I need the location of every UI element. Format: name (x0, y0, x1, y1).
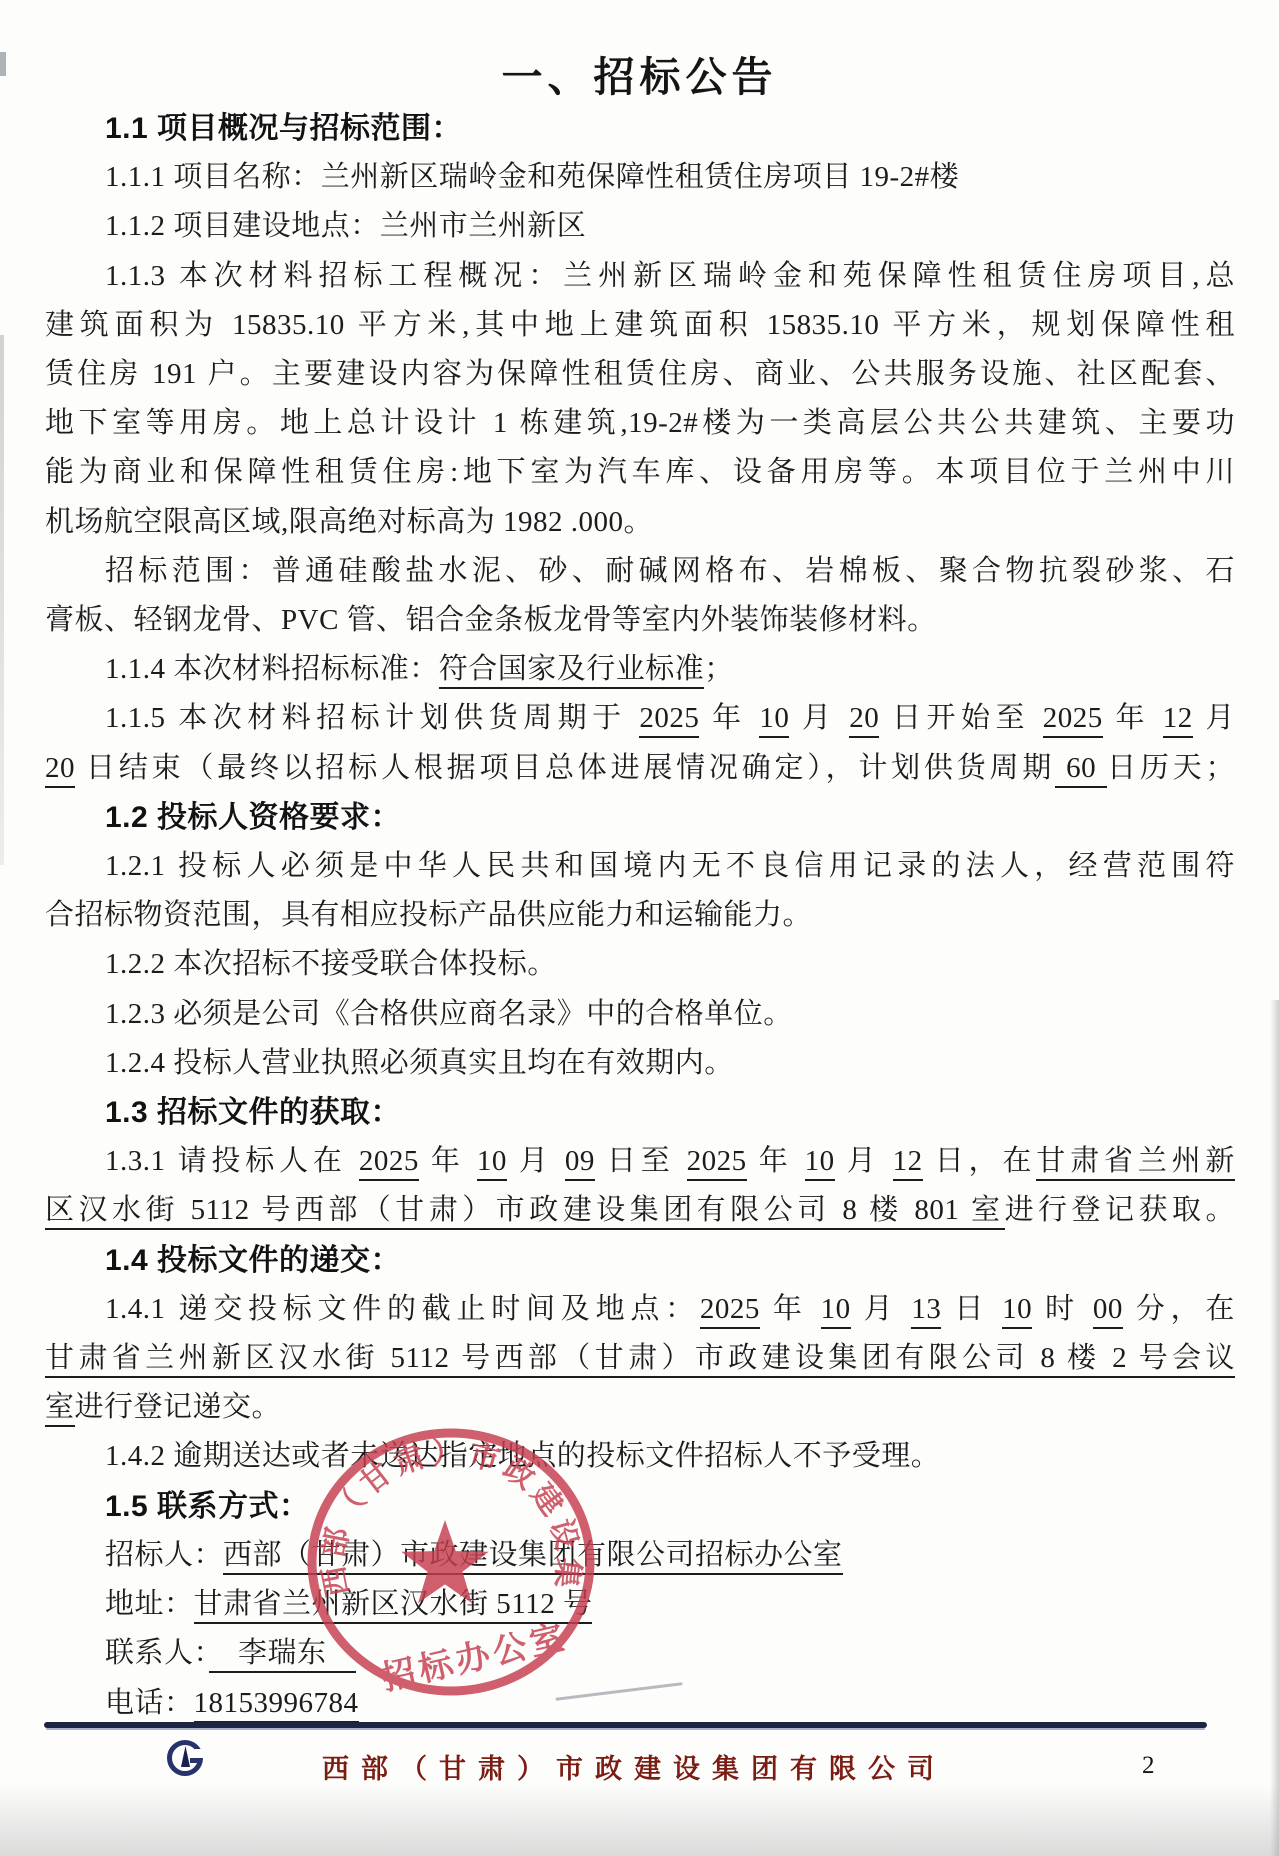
text-line: 1.1.1 项目名称：兰州新区瑞岭金和苑保障性租赁住房项目 19-2#楼 (45, 153, 1235, 202)
underlined-text: 甘肃省兰州新区汉水街 5112 号 (194, 1588, 593, 1624)
text-segment: 1.1.4 本次材料招标标准： (105, 653, 439, 685)
text-segment: 赁住房 191 户。主要建设内容为保障性租赁住房、商业、公共服务设施、社区配套、 (45, 358, 1235, 390)
underlined-text: 12 (893, 1145, 923, 1181)
text-segment: 地下室等用房。地上总计设计 1 栋建筑,19-2#楼为一类高层公共公共建筑、主要… (45, 407, 1235, 439)
text-segment: 1.5 联系方式： (105, 1490, 310, 1523)
text-line: 1.2.3 必须是公司《合格供应商名录》中的合格单位。 (45, 990, 1235, 1039)
underlined-text: 10 (805, 1145, 835, 1181)
text-segment: 日至 (595, 1145, 687, 1177)
text-segment: 1.2.1 投标人必须是中华人民共和国境内无不良信用记录的法人，经营范围符 (105, 850, 1235, 882)
text-segment: 月 (851, 1293, 912, 1325)
text-line: 膏板、轻钢龙骨、PVC 管、铝合金条板龙骨等室内外装饰装修材料。 (45, 596, 1235, 645)
text-line: 1.3.1 请投标人在 2025 年 10 月 09 日至 2025 年 10 … (45, 1137, 1235, 1186)
underlined-text: 2025 (639, 702, 699, 738)
scan-right-shadow (1270, 1000, 1279, 1856)
text-segment: 年 (419, 1145, 477, 1177)
text-segment: 日开始至 (879, 702, 1042, 734)
text-line: 1.3 招标文件的获取： (45, 1088, 1235, 1137)
text-segment: 1.3.1 请投标人在 (105, 1145, 359, 1177)
logo-tower-shape (181, 1746, 190, 1767)
page-number: 2 (1142, 1752, 1155, 1780)
underlined-text: 10 (821, 1293, 851, 1329)
text-line: 能为商业和保障性租赁住房:地下室为汽车库、设备用房等。本项目位于兰州中川 (45, 448, 1235, 497)
underlined-text: 甘肃省兰州新 (1036, 1145, 1235, 1181)
scanned-document-page: 一、招标公告 1.1 项目概况与招标范围：1.1.1 项目名称：兰州新区瑞岭金和… (0, 0, 1279, 1856)
underlined-text: 13 (911, 1293, 941, 1329)
text-segment: 月 (789, 702, 849, 734)
text-line: 建筑面积为 15835.10 平方米,其中地上建筑面积 15835.10 平方米… (45, 301, 1235, 350)
underlined-text: 区汉水街 5112 号西部（甘肃）市政建设集团有限公司 8 楼 801 室 (45, 1194, 1005, 1230)
text-segment: 日，在 (923, 1145, 1037, 1177)
text-segment: 1.1.2 项目建设地点：兰州市兰州新区 (105, 210, 586, 242)
text-segment: 地址： (105, 1588, 194, 1620)
text-line: 合招标物资范围，具有相应投标产品供应能力和运输能力。 (45, 891, 1235, 940)
underlined-text: 2025 (1043, 702, 1103, 738)
logo-ring-gap (195, 1749, 204, 1758)
underlined-text: 09 (565, 1145, 595, 1181)
text-segment: 建筑面积为 15835.10 平方米,其中地上建筑面积 15835.10 平方米… (45, 309, 1235, 341)
text-line: 1.1.2 项目建设地点：兰州市兰州新区 (45, 202, 1235, 251)
text-line: 电话：18153996784 (45, 1679, 1235, 1728)
text-line: 机场航空限高区域,限高绝对标高为 1982 .000。 (45, 498, 1235, 547)
text-segment: 1.2.3 必须是公司《合格供应商名录》中的合格单位。 (105, 998, 793, 1030)
underlined-text: 20 (849, 702, 879, 738)
text-line: 1.2.2 本次招标不接受联合体投标。 (45, 940, 1235, 989)
text-segment: 1.1.5 本次材料招标计划供货周期于 (105, 702, 639, 734)
text-segment: 合招标物资范围，具有相应投标产品供应能力和运输能力。 (45, 899, 812, 931)
text-segment: 1.1.3 本次材料招标工程概况：兰州新区瑞岭金和苑保障性租赁住房项目,总 (105, 260, 1235, 292)
underlined-text: 甘肃省兰州新区汉水街 5112 号西部（甘肃）市政建设集团有限公司 8 楼 2 … (45, 1342, 1235, 1378)
underlined-text: 10 (759, 702, 789, 738)
text-segment: 月 (1193, 702, 1235, 734)
text-line: 甘肃省兰州新区汉水街 5112 号西部（甘肃）市政建设集团有限公司 8 楼 2 … (45, 1334, 1235, 1383)
text-segment: 1.1 项目概况与招标范围： (105, 112, 462, 145)
text-line: 赁住房 191 户。主要建设内容为保障性租赁住房、商业、公共服务设施、社区配套、 (45, 350, 1235, 399)
underlined-text: 室 (45, 1391, 75, 1427)
logo-bar-shape (190, 1758, 200, 1763)
text-segment: 1.4 投标文件的递交： (105, 1244, 401, 1277)
text-line: 1.2.4 投标人营业执照必须真实且均在有效期内。 (45, 1039, 1235, 1088)
text-line: 20 日结束（最终以招标人根据项目总体进展情况确定），计划供货周期 60 日历天… (45, 744, 1235, 793)
text-segment: 月 (835, 1145, 893, 1177)
text-line: 招标人：西部（甘肃）市政建设集团有限公司招标办公室 (45, 1531, 1235, 1580)
text-line: 区汉水街 5112 号西部（甘肃）市政建设集团有限公司 8 楼 801 室进行登… (45, 1186, 1235, 1235)
text-line: 1.5 联系方式： (45, 1482, 1235, 1531)
footer-company-name: 西部（甘肃）市政建设集团有限公司 (322, 1747, 946, 1786)
text-segment: 膏板、轻钢龙骨、PVC 管、铝合金条板龙骨等室内外装饰装修材料。 (45, 604, 937, 636)
underlined-text: 10 (477, 1145, 507, 1181)
page-title: 一、招标公告 (0, 44, 1279, 103)
underlined-text: 西部（甘肃）市政建设集团有限公司招标办公室 (223, 1539, 843, 1575)
text-segment: 能为商业和保障性租赁住房:地下室为汽车库、设备用房等。本项目位于兰州中川 (45, 456, 1235, 488)
text-segment: 年 (1103, 702, 1163, 734)
text-line: 招标范围：普通硅酸盐水泥、砂、耐碱网格布、岩棉板、聚合物抗裂砂浆、石 (45, 547, 1235, 596)
text-segment: 日历天； (1107, 752, 1235, 784)
text-segment: 1.4.2 逾期送达或者未送达指定地点的投标文件招标人不予受理。 (105, 1440, 940, 1472)
text-segment: 1.3 招标文件的获取： (105, 1096, 401, 1129)
text-line: 1.4.2 逾期送达或者未送达指定地点的投标文件招标人不予受理。 (45, 1432, 1235, 1481)
text-segment: 月 (507, 1145, 565, 1177)
text-line: 室进行登记递交。 (45, 1383, 1235, 1432)
scan-edge-sliver (0, 335, 4, 865)
text-segment: 1.2.4 投标人营业执照必须真实且均在有效期内。 (105, 1047, 734, 1079)
text-segment: 时 (1032, 1293, 1093, 1325)
text-segment: 1.2.2 本次招标不接受联合体投标。 (105, 948, 557, 980)
text-segment: ； (704, 653, 734, 685)
text-line: 1.1.3 本次材料招标工程概况：兰州新区瑞岭金和苑保障性租赁住房项目,总 (45, 252, 1235, 301)
text-segment: 机场航空限高区域,限高绝对标高为 1982 .000。 (45, 506, 653, 538)
text-line: 地址：甘肃省兰州新区汉水街 5112 号 (45, 1580, 1235, 1629)
text-line: 1.1.5 本次材料招标计划供货周期于 2025 年 10 月 20 日开始至 … (45, 694, 1235, 743)
text-line: 1.1 项目概况与招标范围： (45, 104, 1235, 153)
underlined-text: 18153996784 (194, 1687, 359, 1723)
underlined-text: 2025 (359, 1145, 419, 1181)
text-segment: 分，在 (1123, 1293, 1235, 1325)
text-segment: 招标范围：普通硅酸盐水泥、砂、耐碱网格布、岩棉板、聚合物抗裂砂浆、石 (105, 555, 1235, 587)
text-line: 地下室等用房。地上总计设计 1 栋建筑,19-2#楼为一类高层公共公共建筑、主要… (45, 399, 1235, 448)
text-segment: 1.4.1 递交投标文件的截止时间及地点： (105, 1293, 700, 1325)
text-segment: 1.1.1 项目名称：兰州新区瑞岭金和苑保障性租赁住房项目 19-2#楼 (105, 161, 959, 193)
text-segment: 日 (941, 1293, 1002, 1325)
underlined-text: 20 (45, 752, 75, 788)
underlined-text: 符合国家及行业标准 (439, 653, 705, 689)
announcement-body: 1.1 项目概况与招标范围：1.1.1 项目名称：兰州新区瑞岭金和苑保障性租赁住… (45, 104, 1235, 1728)
company-logo-icon (167, 1740, 203, 1776)
text-segment: 年 (699, 702, 759, 734)
text-segment: 年 (760, 1293, 821, 1325)
text-line: 1.4.1 递交投标文件的截止时间及地点：2025 年 10 月 13 日 10… (45, 1285, 1235, 1334)
underlined-text: 10 (1002, 1293, 1032, 1329)
underlined-text: 60 (1055, 752, 1107, 788)
text-segment: 1.2 投标人资格要求： (105, 801, 401, 834)
text-segment: 日结束（最终以招标人根据项目总体进展情况确定），计划供货周期 (75, 752, 1055, 784)
text-segment: 进行登记获取。 (1005, 1194, 1235, 1226)
text-line: 联系人： 李瑞东 (45, 1629, 1235, 1678)
text-line: 1.4 投标文件的递交： (45, 1236, 1235, 1285)
text-segment: 进行登记递交。 (75, 1391, 282, 1423)
underlined-text: 李瑞东 (209, 1637, 357, 1673)
text-line: 1.2.1 投标人必须是中华人民共和国境内无不良信用记录的法人，经营范围符 (45, 842, 1235, 891)
scan-bottom-shadow (0, 1784, 1279, 1856)
text-line: 1.2 投标人资格要求： (45, 793, 1235, 842)
underlined-text: 2025 (700, 1293, 760, 1329)
text-segment: 电话： (105, 1687, 194, 1719)
text-segment: 招标人： (105, 1539, 223, 1571)
underlined-text: 00 (1093, 1293, 1123, 1329)
underlined-text: 12 (1163, 702, 1193, 738)
footer-divider (44, 1722, 1207, 1728)
text-line: 1.1.4 本次材料招标标准：符合国家及行业标准； (45, 645, 1235, 694)
text-segment: 联系人： (105, 1637, 209, 1669)
text-segment: 年 (747, 1145, 805, 1177)
underlined-text: 2025 (687, 1145, 747, 1181)
